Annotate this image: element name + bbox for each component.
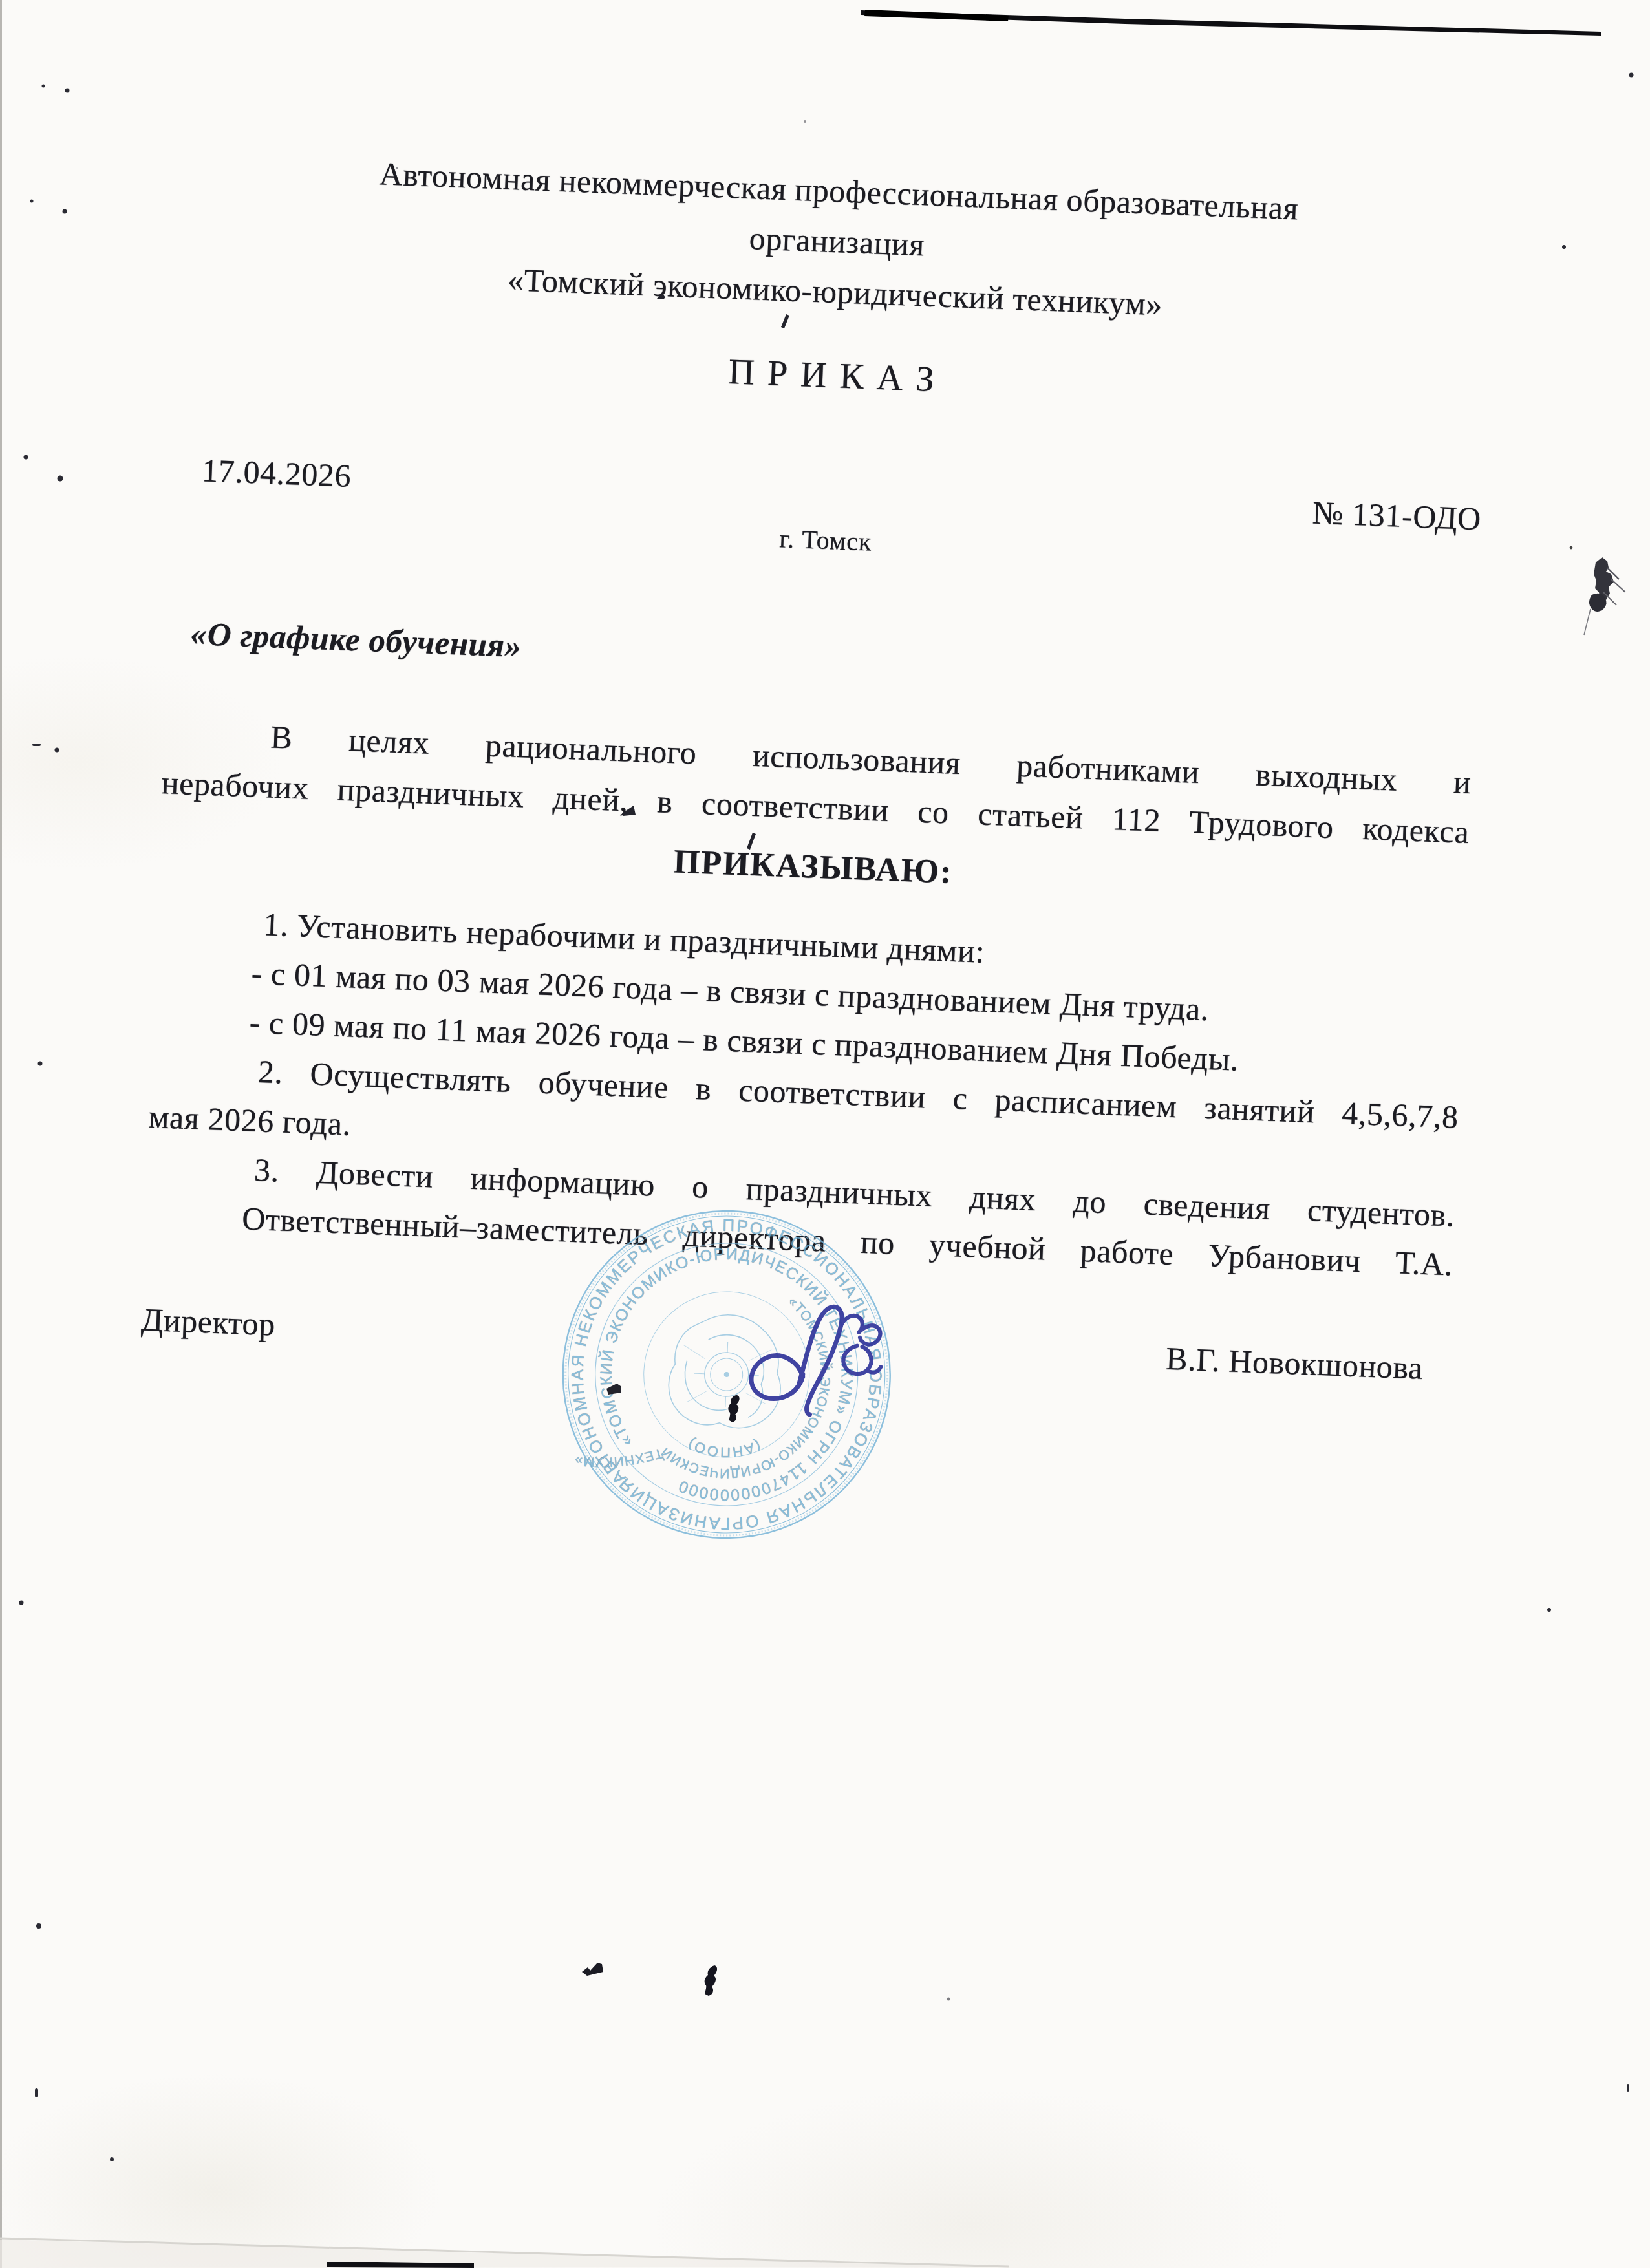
paper-bottom-edge-shade xyxy=(0,2240,1005,2268)
scan-left-edge-line xyxy=(0,0,2,2268)
ink-speck xyxy=(582,293,789,1996)
scanned-order-page: { "page": { "paper_color": "#fbfaf8", "i… xyxy=(0,0,1650,2268)
scanner-artifact-top-line xyxy=(861,10,1601,36)
scanner-artifacts-layer xyxy=(0,0,1650,2268)
ink-blot xyxy=(1570,546,1625,635)
dust-specks xyxy=(19,73,1634,2162)
